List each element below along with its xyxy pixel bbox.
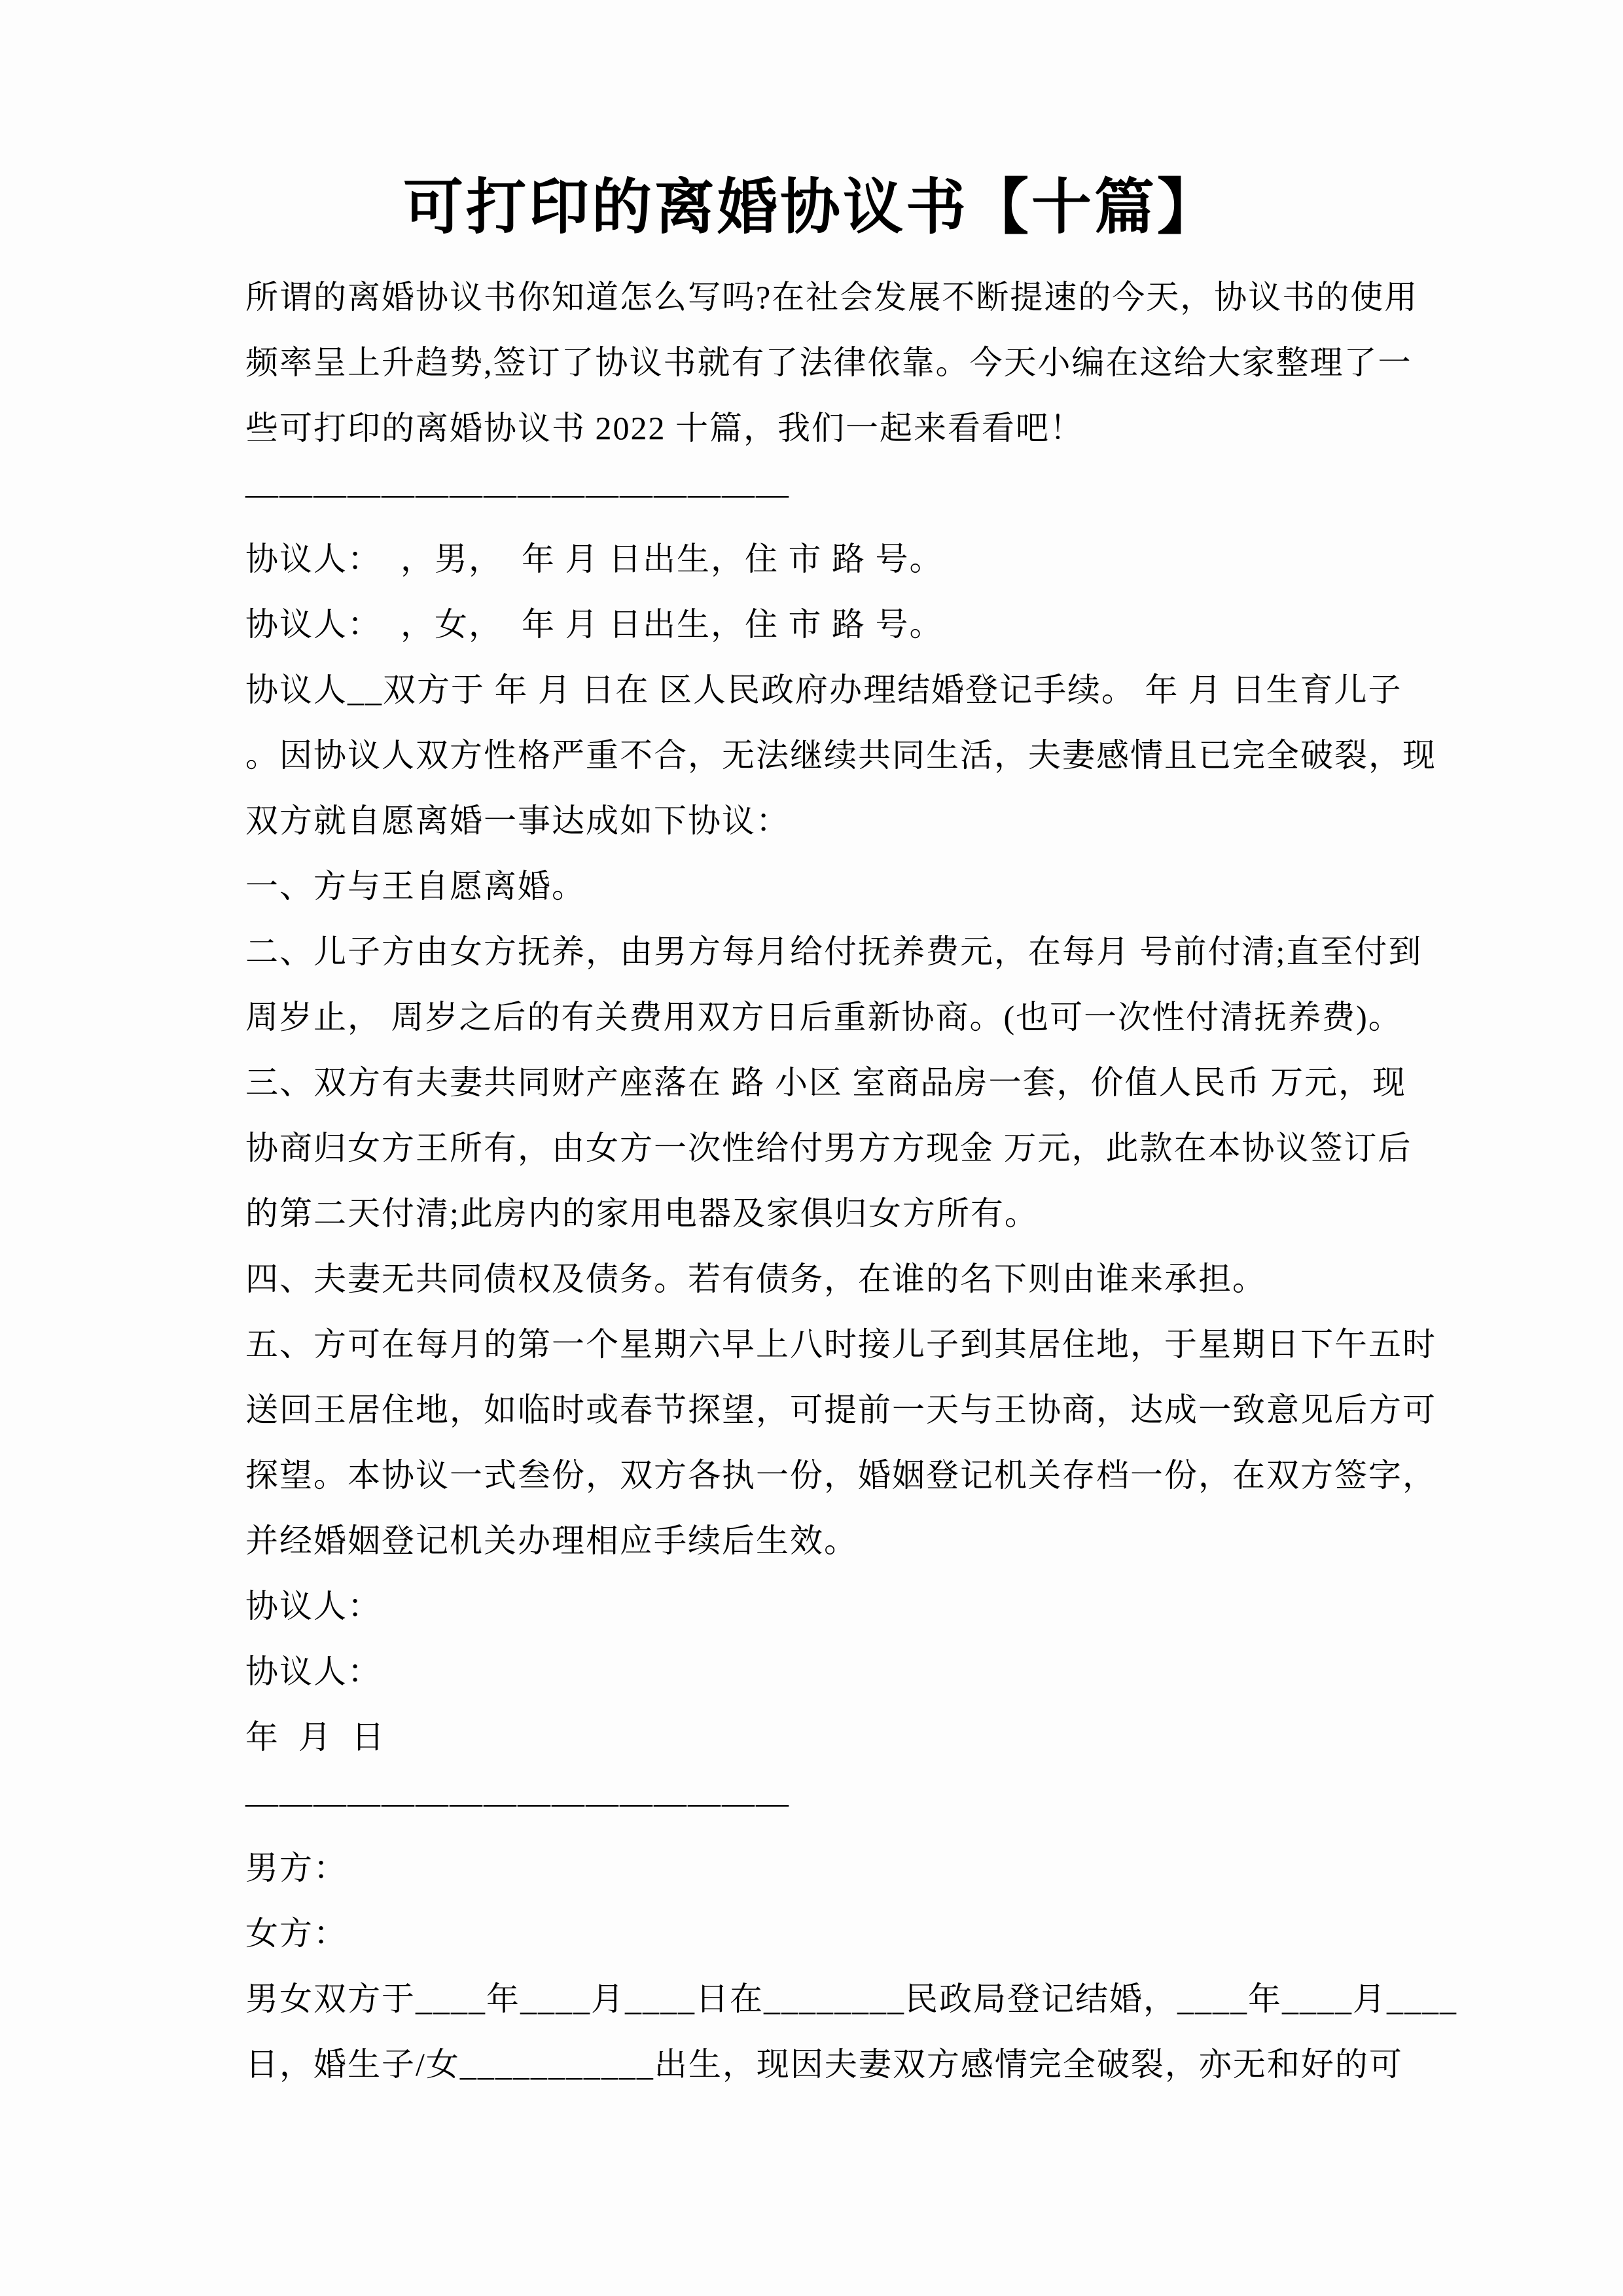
signature-party-2: 协议人：	[245, 1639, 1387, 1704]
paragraph-item-3: 三、双方有夫妻共同财产座落在 路 小区 室商品房一套，价值人民币 万元，现 协商…	[245, 1050, 1387, 1246]
divider-line-2: ————————————————	[245, 1770, 1387, 1835]
paragraph-party-female: 协议人： ，女， 年 月 日出生，住 市 路 号。	[245, 592, 1387, 657]
document-body: 所谓的离婚协议书你知道怎么写吗?在社会发展不断提速的今天，协议书的使用 频率呈上…	[245, 264, 1387, 2097]
label-female-party: 女方：	[245, 1901, 1387, 1966]
paragraph-item-4: 四、夫妻无共同债权及债务。若有债务，在谁的名下则由谁来承担。	[245, 1246, 1387, 1312]
signature-party-1: 协议人：	[245, 1573, 1387, 1639]
document-title: 可打印的离婚协议书【十篇】	[0, 165, 1623, 250]
paragraph-item-1: 一、方与王自愿离婚。	[245, 853, 1387, 919]
paragraph-item-5: 五、方可在每月的第一个星期六早上八时接儿子到其居住地，于星期日下午五时 送回王居…	[245, 1312, 1387, 1573]
paragraph-registration: 协议人__双方于 年 月 日在 区人民政府办理结婚登记手续。 年 月 日生育儿子…	[245, 657, 1387, 853]
paragraph-party-male: 协议人： ，男， 年 月 日出生，住 市 路 号。	[245, 526, 1387, 592]
label-male-party: 男方：	[245, 1835, 1387, 1901]
document-page: 可打印的离婚协议书【十篇】 所谓的离婚协议书你知道怎么写吗?在社会发展不断提速的…	[0, 0, 1623, 2296]
paragraph-item-2: 二、儿子方由女方抚养，由男方每月给付抚养费元，在每月 号前付清;直至付到 周岁止…	[245, 919, 1387, 1050]
divider-line: ————————————————	[245, 461, 1387, 526]
signature-date: 年 月 日	[245, 1704, 1387, 1770]
paragraph-second-template: 男女双方于____年____月____日在________民政局登记结婚，___…	[245, 1966, 1387, 2097]
paragraph-intro: 所谓的离婚协议书你知道怎么写吗?在社会发展不断提速的今天，协议书的使用 频率呈上…	[245, 264, 1387, 461]
